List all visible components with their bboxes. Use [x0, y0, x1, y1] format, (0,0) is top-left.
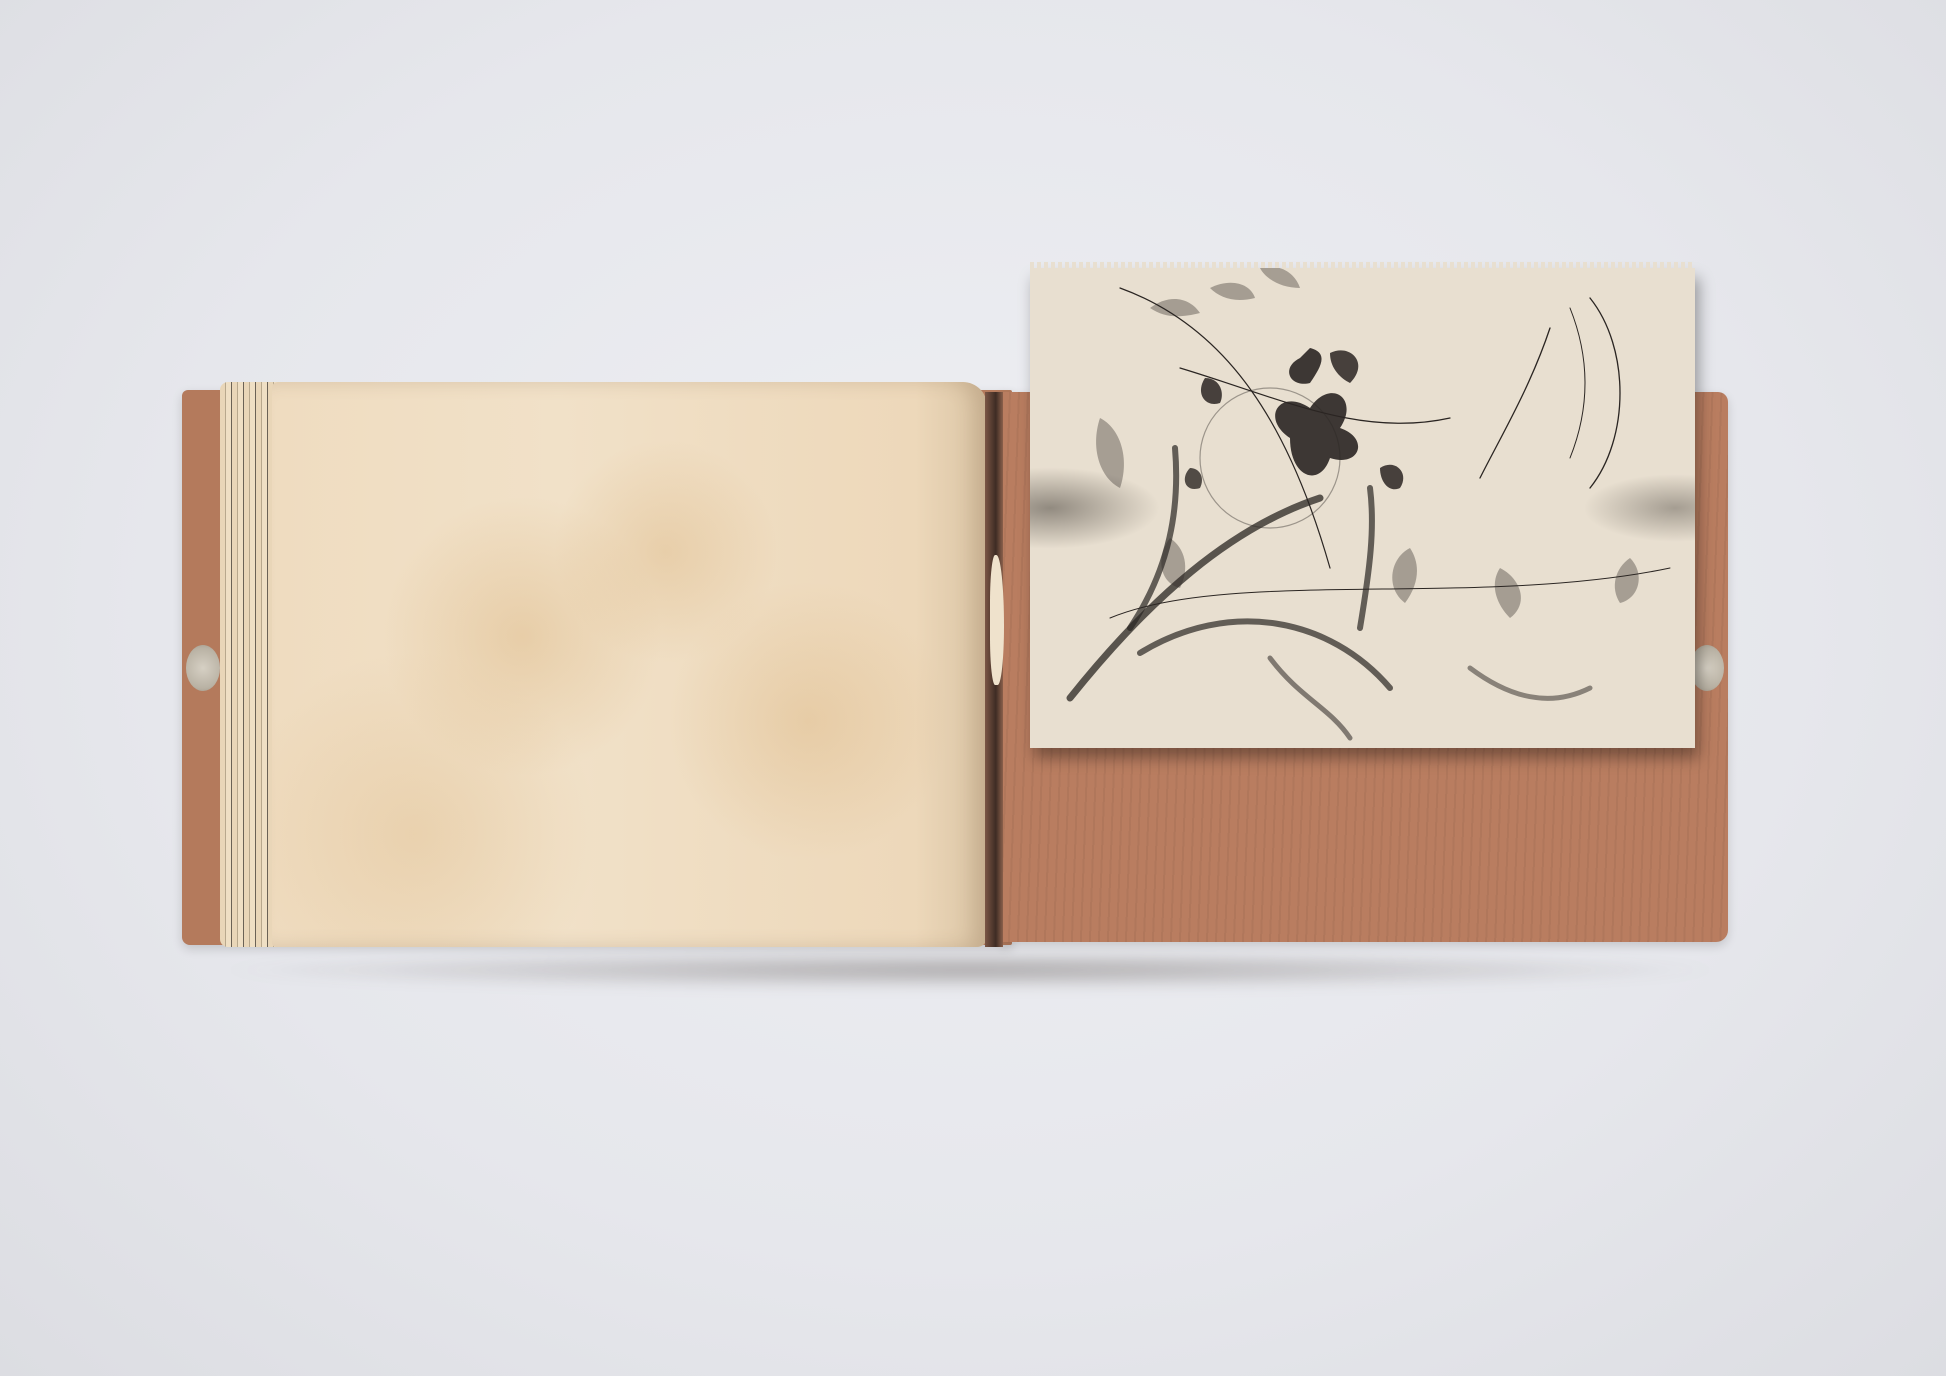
page-stack-edge [220, 382, 280, 947]
book-shadow [210, 950, 1730, 990]
right-clasp-icon [1690, 645, 1724, 691]
ink-drawing-sheet [1030, 268, 1695, 748]
ink-flower-bird-drawing [1030, 268, 1695, 748]
left-blank-page [272, 382, 987, 947]
photo-scene [0, 0, 1946, 1376]
left-clasp-icon [186, 645, 220, 691]
